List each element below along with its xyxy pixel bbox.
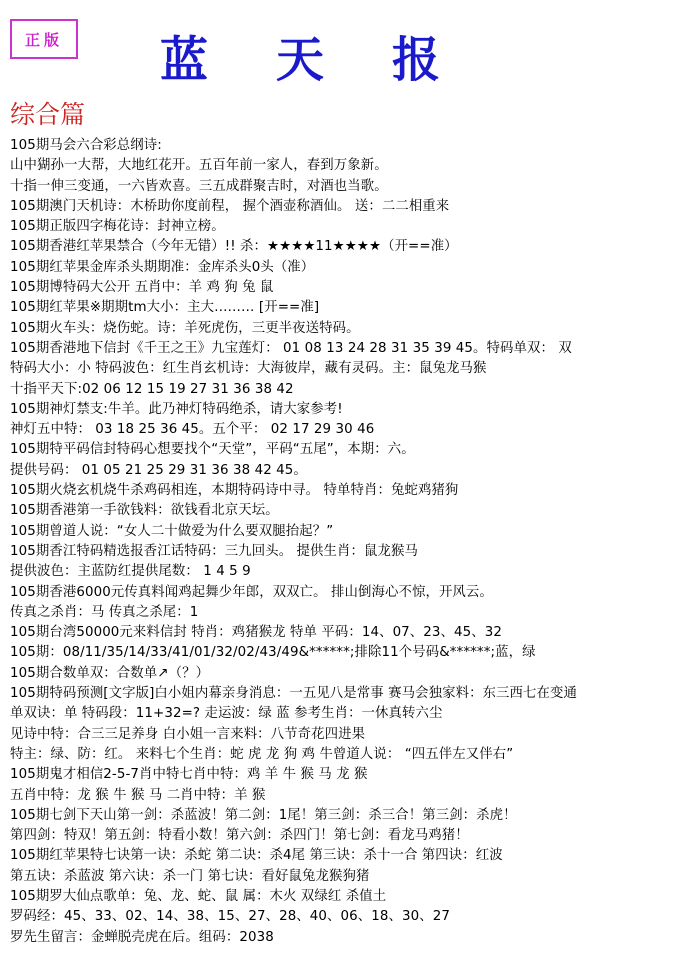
text-line: 罗码经：45、33、02、14、38、15、27、28、40、06、18、30、… [10,907,679,927]
text-line: 提供波色：主蓝防红提供尾数： 1 4 5 9 [10,562,679,582]
text-line: 第四剑：特双！第五剑：特看小数！第六剑：杀四门！第七剑：看龙马鸡猪！ [10,826,679,846]
text-line: 特码大小：小 特码波色：红生肖玄机诗：大海彼岸，藏有灵码。主：鼠兔龙马猴 [10,359,679,379]
text-line: 罗先生留言：金蝉脱壳虎在后。组码：2038 [10,928,679,948]
authentic-edition-badge: 正版 [10,19,78,59]
masthead-char-3: 报 [392,36,440,84]
text-line: 十指平天下:02 06 12 15 19 27 31 36 38 42 [10,380,679,400]
text-line: 105期曾道人说：“女人二十做爱为什么要双腿抬起？” [10,522,679,542]
text-line: 105期红苹果金库杀头期期准：金库杀头0头（准） [10,258,679,278]
text-line: 105期正版四字梅花诗：封神立榜。 [10,217,679,237]
text-line: 第五诀：杀蓝波 第六诀：杀一门 第七诀：看好鼠兔龙猴狗猪 [10,867,679,887]
text-line: 105期火烧玄机烧牛杀鸡码相连，本期特码诗中寻。 特单特肖：兔蛇鸡猪狗 [10,481,679,501]
text-line: 105期香港红苹果禁合（今年无错）!! 杀：★★★★11★★★★（开==准） [10,237,679,257]
text-line: 传真之杀肖：马 传真之杀尾：1 [10,603,679,623]
text-line: 105期红苹果特七诀第一诀：杀蛇 第二诀：杀4尾 第三诀：杀十一合 第四诀：红波 [10,846,679,866]
text-line: 105期台湾50000元来料信封 特肖：鸡猪猴龙 特单 平码：14、07、23、… [10,623,679,643]
section-title: 综合篇 [10,102,85,127]
text-line: 五肖中特：龙 猴 牛 猴 马 二肖中特：羊 猴 [10,786,679,806]
text-line: 105期特码预测[文字版]白小姐内幕亲身消息：一五见八是常事 赛马会独家料：东三… [10,684,679,704]
article-body: 105期马会六合彩总纲诗: 山中猢孙一大帮，大地红花开。五百年前一家人，春到万象… [10,136,679,948]
text-line: 105期鬼才相信2-5-7肖中特七肖中特：鸡 羊 牛 猴 马 龙 猴 [10,765,679,785]
text-line: 105期红苹果※期期tm大小：主大……… [开==准] [10,298,679,318]
text-line: 神灯五中特： 03 18 25 36 45。五个平： 02 17 29 30 4… [10,420,679,440]
text-line: 105期香港6000元传真料闻鸡起舞少年郎，双双亡。 排山倒海心不惊，开风云。 [10,583,679,603]
masthead-char-2: 天 [276,36,324,84]
text-line: 105期：08/11/35/14/33/41/01/32/02/43/49&**… [10,643,679,663]
text-line: 105期七剑下天山第一剑：杀蓝波！第二剑：1尾！第三剑：杀三合！第三剑：杀虎！ [10,806,679,826]
text-line: 105期香港地下信封《千王之王》九宝莲灯： 01 08 13 24 28 31 … [10,339,679,359]
text-line: 山中猢孙一大帮，大地红花开。五百年前一家人，春到万象新。 [10,156,679,176]
text-line: 105期合数单双：合数单↗（？） [10,664,679,684]
text-line: 提供号码： 01 05 21 25 29 31 36 38 42 45。 [10,461,679,481]
masthead-char-1: 蓝 [160,36,208,84]
text-line: 105期澳门天机诗：木桥助你度前程， 握个酒壶称酒仙。 送：二二相重来 [10,197,679,217]
text-line: 105期罗大仙点歌单：兔、龙、蛇、鼠 属：木火 双绿红 杀值土 [10,887,679,907]
text-line: 单双诀：单 特码段：11+32=? 走运波：绿 蓝 参考生肖：一休真转六尘 [10,704,679,724]
text-line: 105期香江特码精选报香江话特码：三九回头。 提供生肖：鼠龙猴马 [10,542,679,562]
text-line: 105期特平码信封特码心想要找个“天堂”，平码“五尾”，本期：六。 [10,440,679,460]
text-line: 105期火车头：烧伤蛇。诗：羊死虎伤，三更半夜送特码。 [10,319,679,339]
text-line: 特主：绿、防：红。 来料七个生肖：蛇 虎 龙 狗 鸡 牛曾道人说： “四五伴左又… [10,745,679,765]
text-line: 见诗中特：合三三足养身 白小姐一言来料：八节奇花四进果 [10,725,679,745]
text-line: 105期香港第一手欲钱料：欲钱看北京天坛。 [10,501,679,521]
text-line: 105期神灯禁支:牛羊。此乃神灯特码绝杀，请大家参考! [10,400,679,420]
masthead-title: 蓝 天 报 [160,30,440,90]
text-line: 105期博特码大公开 五肖中：羊 鸡 狗 兔 鼠 [10,278,679,298]
text-line: 105期马会六合彩总纲诗: [10,136,679,156]
text-line: 十指一伸三变通，一六皆欢喜。三五成群聚吉时，对酒也当歌。 [10,177,679,197]
